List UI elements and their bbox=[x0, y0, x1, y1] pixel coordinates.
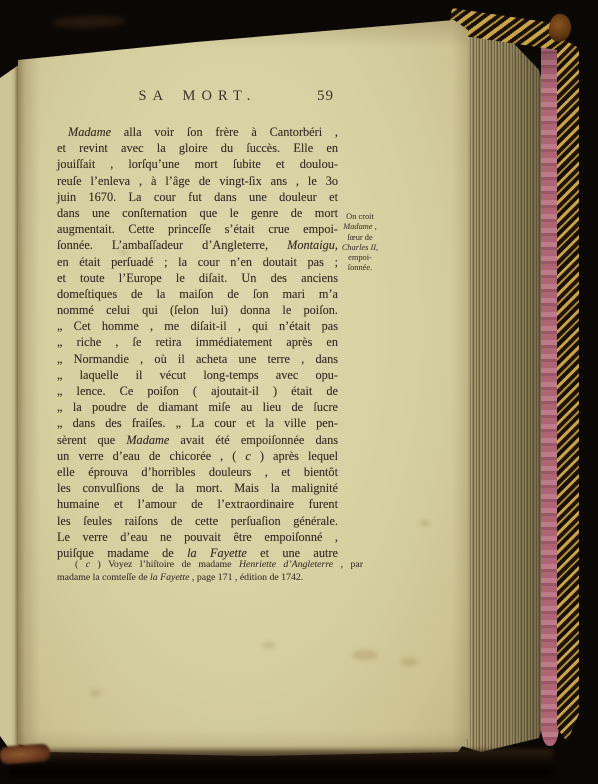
text-line: ( c ) Voyez l’hiſtoire de madame Henriet… bbox=[57, 558, 363, 571]
text-segment: „ Normandie , où il acheta une terre , d… bbox=[57, 352, 338, 366]
spine-shadow-smudge bbox=[52, 15, 126, 30]
text-line: Le verre d’eau ne pouvait être empoiſonn… bbox=[57, 529, 338, 545]
text-line: ſœur de bbox=[335, 233, 385, 243]
text-segment: domeſtiques de la maiſon de ſon mari m’a bbox=[57, 287, 338, 301]
text-segment: et revint avec la gloire du ſuccès. Elle… bbox=[57, 141, 338, 155]
fore-edge-pink-band bbox=[541, 30, 559, 746]
foxing-spot bbox=[400, 658, 418, 666]
text-segment: reuſe l’enleva , à l’âge de vingt-ſix an… bbox=[57, 174, 338, 188]
text-segment: ſonnée. L’ambaſſadeur d’Angleterre, bbox=[57, 238, 287, 252]
italic-text: Madame bbox=[126, 433, 169, 447]
text-line: madame la comteſſe de la Fayette , page … bbox=[57, 571, 363, 584]
text-segment: jouiſſait , lorſqu’une mort ſubite et do… bbox=[57, 157, 338, 171]
text-line: elle éprouva d’horribles douleurs , et b… bbox=[57, 464, 338, 480]
body-text: Madame alla voir ſon frère à Cantorbéri … bbox=[57, 124, 338, 561]
text-line: „ dans des fraiſes. „ La cour et la vill… bbox=[57, 415, 338, 431]
text-line: „ laquelle il vécut long-temps avec opu- bbox=[57, 367, 338, 383]
italic-text: la Fayette bbox=[150, 572, 189, 583]
text-line: domeſtiques de la maiſon de ſon mari m’a bbox=[57, 286, 338, 302]
margin-note: On croitMadame ,ſœur deCharles II,empoi-… bbox=[335, 212, 385, 274]
text-line: et toute l’Europe le diſait. Un des anci… bbox=[57, 270, 338, 286]
text-line: jouiſſait , lorſqu’une mort ſubite et do… bbox=[57, 156, 338, 172]
text-segment: les convulſions de la mort. Mais la mali… bbox=[57, 481, 338, 495]
text-segment: augmentait. Cette princeſſe s’était crue… bbox=[57, 222, 338, 236]
text-line: les convulſions de la mort. Mais la mali… bbox=[57, 480, 338, 496]
text-segment: empoi- bbox=[348, 253, 372, 262]
text-line: empoi- bbox=[335, 253, 385, 263]
text-segment: et toute l’Europe le diſait. Un des anci… bbox=[57, 271, 338, 285]
text-line: dans une conſternation que le genre de m… bbox=[57, 205, 338, 221]
text-segment: „ riche , ſe retira immédiatement après … bbox=[57, 335, 338, 349]
text-segment: „ la poudre de diamant miſe au lieu de ſ… bbox=[57, 400, 338, 414]
text-line: „ Cet homme , me diſait-il , qui n’était… bbox=[57, 318, 338, 334]
text-segment: nommé celui qui (ſelon lui) donna le poi… bbox=[57, 303, 338, 317]
italic-text: Madame , bbox=[343, 222, 377, 231]
text-line: reuſe l’enleva , à l’âge de vingt-ſix an… bbox=[57, 173, 338, 189]
text-segment: alla voir ſon frère à Cantorbéri , bbox=[111, 125, 338, 139]
book-page: SA MORT. 59 Madame alla voir ſon frère à… bbox=[16, 14, 468, 758]
text-segment: ſœur de bbox=[347, 233, 372, 242]
foxing-spot bbox=[262, 642, 276, 648]
running-header: SA MORT. 59 bbox=[57, 88, 338, 108]
text-segment: On croit bbox=[346, 212, 374, 221]
text-line: On croit bbox=[335, 212, 385, 222]
text-segment: un verre d’eau de chicorée , ( bbox=[57, 449, 245, 463]
text-line: humaine et l’amour de l’extraordinaire f… bbox=[57, 496, 338, 512]
text-segment: , page 171 , édition de 1742. bbox=[189, 572, 303, 583]
text-segment: sèrent que bbox=[57, 433, 126, 447]
text-line: Madame , bbox=[335, 222, 385, 232]
text-segment: „ lence. Ce poiſon ( ajoutait-il ) était… bbox=[57, 384, 338, 398]
text-segment: elle éprouva d’horribles douleurs , et b… bbox=[57, 465, 338, 479]
text-line: „ la poudre de diamant miſe au lieu de ſ… bbox=[57, 399, 338, 415]
text-line: ſonnée. L’ambaſſadeur d’Angleterre, Mont… bbox=[57, 237, 338, 253]
text-line: Madame alla voir ſon frère à Cantorbéri … bbox=[57, 124, 338, 140]
italic-text: Charles II, bbox=[342, 243, 378, 252]
text-segment: juin 1670. La cour fut dans une douleur … bbox=[57, 190, 338, 204]
text-segment: ) après lequel bbox=[251, 449, 338, 463]
cover-edge-stripes-right bbox=[557, 36, 579, 742]
text-segment: ( bbox=[75, 559, 86, 570]
text-segment: les ſeules raiſons de cette perſuaſion g… bbox=[57, 514, 338, 528]
foxing-spot bbox=[420, 520, 430, 526]
text-segment: dans une conſternation que le genre de m… bbox=[57, 206, 338, 220]
text-segment: , par bbox=[333, 559, 363, 570]
text-line: ſonnée. bbox=[335, 263, 385, 273]
text-line: „ Normandie , où il acheta une terre , d… bbox=[57, 351, 338, 367]
bottom-edge-shadow bbox=[8, 749, 553, 775]
page-title: SA MORT. bbox=[138, 88, 256, 105]
text-line: un verre d’eau de chicorée , ( c ) après… bbox=[57, 448, 338, 464]
page-number: 59 bbox=[317, 88, 334, 105]
text-segment: „ dans des fraiſes. „ La cour et la vill… bbox=[57, 416, 338, 430]
text-line: et revint avec la gloire du ſuccès. Elle… bbox=[57, 140, 338, 156]
text-line: „ riche , ſe retira immédiatement après … bbox=[57, 334, 338, 350]
text-segment: „ Cet homme , me diſait-il , qui n’était… bbox=[57, 319, 338, 333]
italic-text: Montaigu, bbox=[287, 238, 338, 252]
text-line: augmentait. Cette princeſſe s’était crue… bbox=[57, 221, 338, 237]
foxing-spot bbox=[90, 690, 101, 696]
text-line: nommé celui qui (ſelon lui) donna le poi… bbox=[57, 302, 338, 318]
italic-text: Henriette d’Angleterre bbox=[239, 559, 333, 570]
text-segment: madame la comteſſe de bbox=[57, 572, 150, 583]
text-segment: humaine et l’amour de l’extraordinaire f… bbox=[57, 497, 338, 511]
text-line: sèrent que Madame avait été empoiſonnée … bbox=[57, 432, 338, 448]
text-line: en était perſuadé ; la cour n’en doutait… bbox=[57, 254, 338, 270]
text-segment: ) Voyez l’hiſtoire de madame bbox=[90, 559, 239, 570]
book-photograph: { "colors":{"paper":"#d6d0a1","ink":"#33… bbox=[0, 0, 598, 784]
text-line: „ lence. Ce poiſon ( ajoutait-il ) était… bbox=[57, 383, 338, 399]
footnote: ( c ) Voyez l’hiſtoire de madame Henriet… bbox=[57, 558, 363, 584]
text-segment: en était perſuadé ; la cour n’en doutait… bbox=[57, 255, 338, 269]
foxing-spot bbox=[352, 650, 378, 660]
text-line: les ſeules raiſons de cette perſuaſion g… bbox=[57, 513, 338, 529]
text-segment: „ laquelle il vécut long-temps avec opu- bbox=[57, 368, 338, 382]
text-line: Charles II, bbox=[335, 243, 385, 253]
text-segment: avait été empoiſonnée dans bbox=[169, 433, 338, 447]
italic-text: Madame bbox=[68, 125, 111, 139]
facing-page-edge bbox=[0, 64, 20, 764]
binding-clasp bbox=[0, 743, 51, 764]
text-segment: Le verre d’eau ne pouvait être empoiſonn… bbox=[57, 530, 338, 544]
text-line: juin 1670. La cour fut dans une douleur … bbox=[57, 189, 338, 205]
text-segment: ſonnée. bbox=[348, 263, 372, 272]
